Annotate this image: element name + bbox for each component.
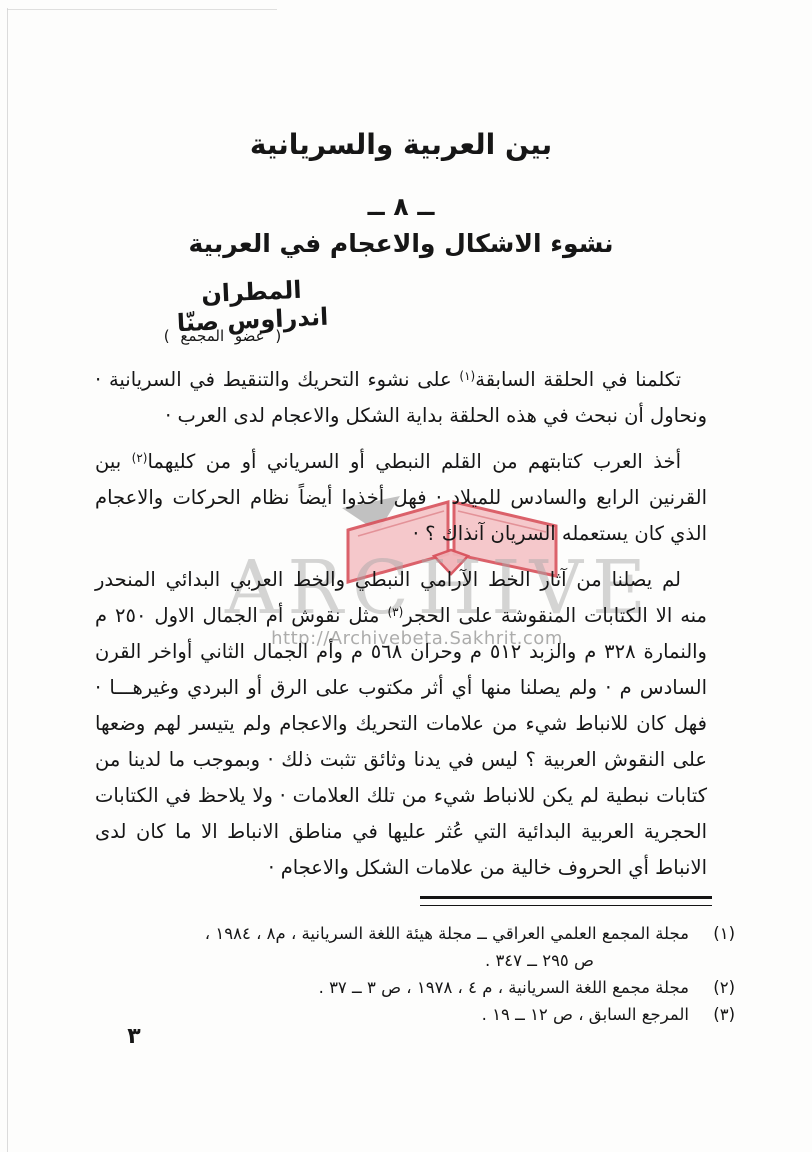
body-line: الحجرية العربية البدائية التي عُثر عليها… — [95, 814, 707, 850]
body-line: تكلمنا في الحلقة السابقة(١) على نشوء الت… — [95, 362, 707, 398]
paragraph-1: تكلمنا في الحلقة السابقة(١) على نشوء الت… — [95, 362, 707, 434]
body-line-text: منه الا الكتابات المنقوشة على الحجر — [403, 604, 707, 627]
footnote-marker: (١) — [705, 920, 735, 974]
footnote-2: (٢) مجلة مجمع اللغة السريانية ، م ٤ ، ١٩… — [95, 974, 735, 1001]
footnote-1: (١) مجلة المجمع العلمي العراقي ــ مجلة ه… — [95, 920, 735, 974]
body-line-text: على نشوء التحريك والتنقيط في السريانية · — [95, 368, 459, 391]
body-line-text: تكلمنا في الحلقة السابقة — [475, 368, 681, 391]
footnote-marker: (٣) — [705, 1001, 735, 1028]
body-line: السادس م · ولم يصلنا منها أي أثر مكتوب ع… — [95, 670, 707, 706]
body-line-text: بين — [95, 450, 132, 473]
footnote-line: مجلة المجمع العلمي العراقي ــ مجلة هيئة … — [95, 920, 689, 947]
paragraph-3: لم يصلنا من آثار الخط الآرامي النبطي وال… — [95, 562, 707, 886]
body-line: الذي كان يستعمله السريان آنذاك ؟ · — [95, 516, 707, 552]
author-role: ( عضو المجمع ) — [160, 327, 285, 345]
footnotes: (١) مجلة المجمع العلمي العراقي ــ مجلة ه… — [95, 920, 735, 1028]
body-line-text: مثل نقوش أم الجمال الاول ٢٥٠ م — [95, 604, 387, 627]
footnote-marker: (٢) — [705, 974, 735, 1001]
footnote-text: المرجع السابق ، ص ١٢ ــ ١٩ . — [95, 1001, 689, 1028]
footnote-ref-2: (٢) — [132, 451, 148, 465]
footnote-3: (٣) المرجع السابق ، ص ١٢ ــ ١٩ . — [95, 1001, 735, 1028]
footnote-separator — [420, 896, 712, 906]
body-line: ونحاول أن نبحث في هذه الحلقة بداية الشكل… — [95, 398, 707, 434]
page-number: ٣ — [114, 1024, 154, 1049]
body-line: القرنين الرابع والسادس للميلاد · فهل أخذ… — [95, 480, 707, 516]
scanned-book-page: { "page": { "title1": "بين العربية والسر… — [0, 0, 812, 1152]
body-line: فهل كان للانباط شيء من علامات التحريك وا… — [95, 706, 707, 742]
footnote-line: ص ٢٩٥ ــ ٣٤٧ . — [95, 947, 689, 974]
footnote-text: مجلة مجمع اللغة السريانية ، م ٤ ، ١٩٧٨ ،… — [95, 974, 689, 1001]
section-number: ــ ٨ ــ — [95, 192, 707, 221]
body-line: منه الا الكتابات المنقوشة على الحجر(٣) م… — [95, 598, 707, 634]
body-line: لم يصلنا من آثار الخط الآرامي النبطي وال… — [95, 562, 707, 598]
article-title: نشوء الاشكال والاعجام في العربية — [95, 229, 707, 258]
footnote-text: مجلة المجمع العلمي العراقي ــ مجلة هيئة … — [95, 920, 689, 974]
body-line: أخذ العرب كتابتهم من القلم النبطي أو الس… — [95, 444, 707, 480]
page-content: بين العربية والسريانية ــ ٨ ــ نشوء الاش… — [0, 0, 812, 1152]
body-line: على النقوش العربية ؟ ليس في يدنا وثائق ت… — [95, 742, 707, 778]
footnote-ref-3: (٣) — [387, 605, 403, 619]
body-line: والنمارة ٣٢٨ م والزبد ٥١٢ م وحران ٥٦٨ م … — [95, 634, 707, 670]
body-line: كتابات نبطية لم يكن للانباط شيء من تلك ا… — [95, 778, 707, 814]
body-line: الانباط أي الحروف خالية من علامات الشكل … — [95, 850, 707, 886]
article-body: تكلمنا في الحلقة السابقة(١) على نشوء الت… — [95, 362, 707, 896]
paragraph-2: أخذ العرب كتابتهم من القلم النبطي أو الس… — [95, 444, 707, 552]
footnote-ref-1: (١) — [459, 369, 475, 383]
body-line-text: أخذ العرب كتابتهم من القلم النبطي أو الس… — [147, 450, 681, 473]
chapter-title: بين العربية والسريانية — [95, 128, 707, 161]
